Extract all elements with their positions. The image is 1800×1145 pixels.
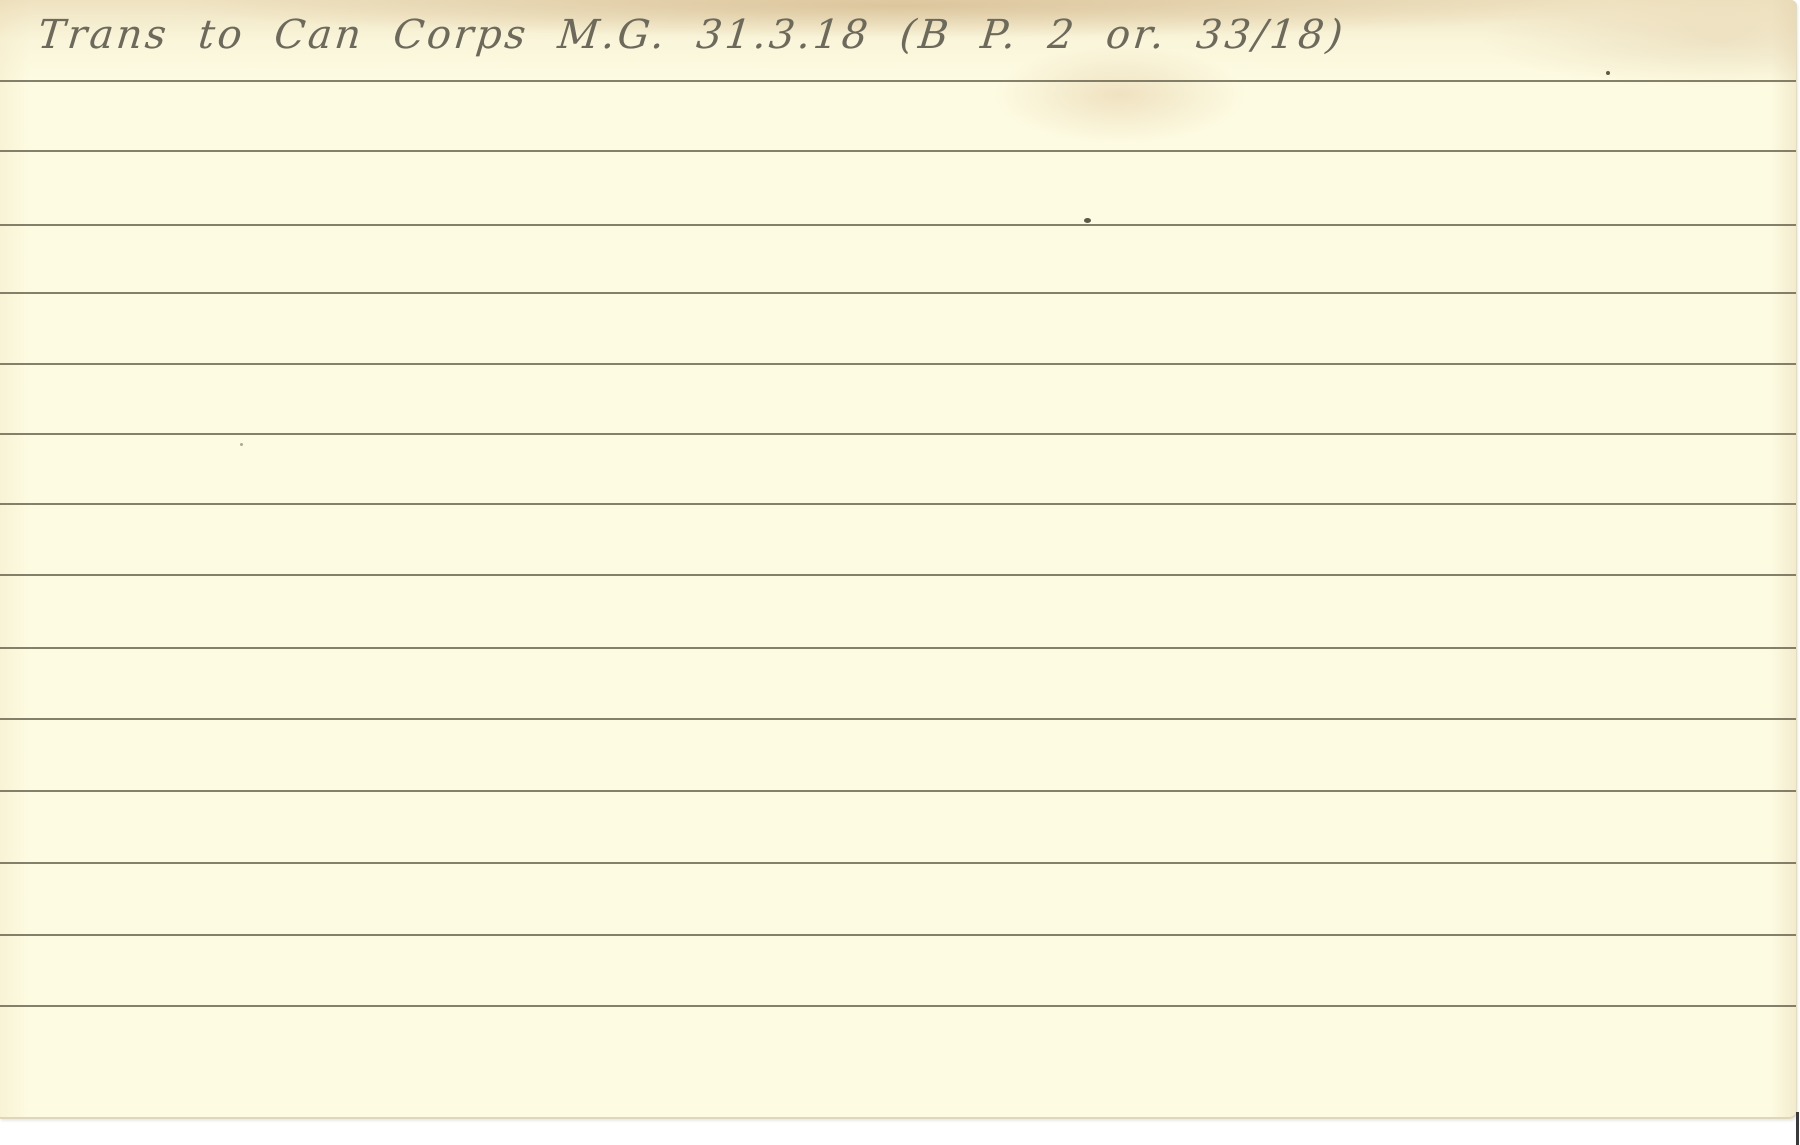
ink-speck <box>240 443 243 446</box>
ruled-line <box>0 363 1796 365</box>
ruled-line <box>0 862 1796 864</box>
scan-edge-mark <box>1796 1112 1799 1145</box>
ruled-line <box>0 718 1796 720</box>
ruled-line <box>0 150 1796 152</box>
ruled-line <box>0 503 1796 505</box>
ruled-line <box>0 1005 1796 1007</box>
ruled-line <box>0 433 1796 435</box>
ruled-line <box>0 790 1796 792</box>
ruled-line <box>0 647 1796 649</box>
handwritten-entry: Trans to Can Corps M.G. 31.3.18 (B P. 2 … <box>36 12 1348 58</box>
ink-speck <box>1606 71 1610 75</box>
index-card: Trans to Can Corps M.G. 31.3.18 (B P. 2 … <box>0 0 1797 1119</box>
ruled-line <box>0 292 1796 294</box>
ruled-line <box>0 934 1796 936</box>
ruled-line <box>0 574 1796 576</box>
ruled-line <box>0 80 1796 82</box>
ruled-line <box>0 224 1796 226</box>
ink-speck <box>1084 218 1091 223</box>
